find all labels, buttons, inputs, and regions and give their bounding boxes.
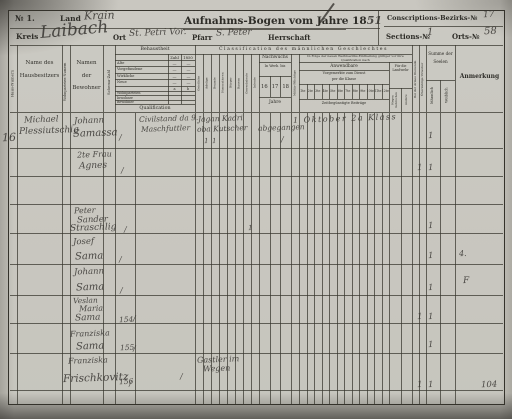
handwritten-classification-note: Jagan Kadri — [198, 113, 243, 124]
tally-mark: 1 — [428, 312, 434, 322]
grid-line — [10, 176, 503, 177]
grid-line — [322, 113, 323, 404]
grid-line — [195, 45, 196, 112]
grid-line — [455, 113, 456, 404]
handwritten-sections-no: 1 — [427, 27, 434, 38]
grid-line — [235, 54, 236, 112]
handwritten-resident-name: 2te Frau — [77, 149, 112, 159]
grid-line — [412, 45, 413, 112]
unanwendbare-column-label: Honoratioren — [219, 54, 227, 112]
check-mark: ∕ — [119, 255, 122, 264]
tally-mark: 1 — [428, 283, 434, 293]
handwritten-resident-name: Josef — [73, 237, 94, 248]
grid-line — [251, 54, 252, 112]
grid-line — [440, 113, 441, 404]
tally-mark: 1 — [212, 137, 217, 145]
grid-line — [115, 54, 195, 55]
handwritten-classification-note: oba Kutscher — [197, 123, 248, 134]
grid-line — [367, 113, 368, 404]
grid-line — [270, 113, 271, 404]
grid-line — [115, 91, 195, 92]
klasse-column-label: 11te — [374, 84, 382, 100]
grid-line — [10, 204, 503, 205]
col-header-bewohner: Namen der Bewohner — [71, 57, 102, 95]
summe-maennlich-column: Männlich — [426, 81, 440, 110]
grid-line — [115, 95, 195, 96]
grid-line — [314, 113, 315, 404]
behausung-title: Behaustheit — [115, 47, 195, 52]
behausung-dash: — — [183, 74, 194, 79]
grid-line — [426, 113, 427, 404]
grid-line — [426, 45, 427, 112]
grid-line — [103, 45, 104, 112]
grid-line — [419, 45, 420, 112]
klasse-column-label: 1te — [299, 84, 307, 100]
behausung-dash: — — [169, 80, 180, 85]
behausung-row-label: Wirkliche — [117, 74, 134, 78]
behausung-row-label: Vorgefundene — [117, 67, 142, 71]
handwritten-resident-name: Sama — [76, 282, 105, 294]
form-title: Aufnahms-Bogen vom Jahre 1851 — [184, 14, 382, 27]
grid-line — [70, 113, 71, 404]
unanwendbare-column-label: Beamte — [211, 54, 219, 112]
behausung-row-label: Alte — [117, 61, 124, 65]
check-mark: ∕ — [119, 133, 122, 142]
anwendbare-footer: Zeitbegünstigte Beiträge — [299, 101, 389, 106]
tally-mark: 1 — [428, 380, 434, 390]
grid-line — [10, 45, 503, 47]
grid-line — [227, 54, 228, 112]
sections-label: Sections-№ — [386, 32, 430, 41]
handwritten-resident-name: Johann — [74, 266, 104, 277]
grid-line — [115, 104, 195, 105]
grid-line — [10, 353, 503, 354]
grid-line — [70, 45, 71, 112]
handwritten-owner-name: Michael — [24, 114, 59, 125]
nachwuchs-year-cell: 17 — [270, 76, 281, 97]
grid-line — [115, 60, 195, 61]
klasse-column-label: 12te — [382, 84, 390, 100]
behausung-dash: — — [183, 67, 194, 72]
grid-line — [389, 113, 390, 404]
conscription-district-label: Conscriptions-Bezirks-№ — [387, 14, 477, 22]
grid-line — [337, 84, 338, 100]
nachwuchs-year-cell: 16 — [259, 76, 270, 97]
tally-mark: 1 — [428, 163, 434, 173]
tally-mark: 1 — [204, 137, 209, 145]
grid-line — [322, 84, 323, 100]
qualification-label: Qualification — [115, 106, 195, 111]
grid-line — [291, 54, 292, 112]
check-mark: ∕ — [121, 166, 124, 175]
handwritten-remark: 104 — [481, 380, 498, 391]
tally-mark: 1 — [428, 251, 434, 261]
nachwuchs-jahre: Jahre — [259, 100, 291, 105]
grid-line — [168, 54, 169, 87]
grid-line — [181, 54, 182, 87]
grid-line — [10, 295, 503, 296]
herrschaft-label: Herrschaft — [268, 33, 311, 42]
col-header-house-number: Haus-Numern — [8, 58, 17, 108]
handwritten-remark: F — [463, 276, 470, 286]
pfarr-label: Pfarr — [192, 33, 212, 42]
grid-line — [235, 113, 236, 404]
handwritten-resident-name: Johann — [74, 115, 104, 126]
nachwuchs-year-cell: 18 — [280, 76, 291, 97]
klasse-column-label: 6te — [337, 84, 345, 100]
grid-line — [10, 112, 503, 114]
grid-line — [374, 113, 375, 404]
grid-line — [329, 84, 330, 100]
col-header-owner: Name des Hausbesitzers — [18, 57, 61, 82]
grid-line — [419, 113, 420, 404]
handwritten-year: 51 — [367, 14, 382, 27]
unanwendbare-column-label: Geistliche — [195, 54, 203, 112]
handwritten-house-number: 16 — [2, 131, 16, 144]
grid-line — [384, 26, 503, 27]
grid-line — [270, 76, 271, 97]
grid-line — [62, 113, 63, 404]
grid-line — [374, 84, 375, 100]
tally-mark: 1 — [428, 340, 434, 350]
grid-line — [344, 113, 345, 404]
grid-line — [183, 29, 346, 30]
grid-line — [299, 99, 389, 100]
grid-line — [314, 84, 315, 100]
grid-line — [10, 390, 503, 391]
behausung-dash: — — [183, 61, 194, 66]
unanwendbare-column-label: Bauern — [235, 54, 243, 112]
anwendbare-title: Anwendbare — [299, 64, 389, 69]
check-mark: ∕ — [281, 135, 284, 144]
handwritten-ort: St. Petri Vor. — [129, 27, 187, 39]
klasse-column-label: 4te — [322, 84, 330, 100]
behausung-dash: — — [169, 74, 180, 79]
grid-line — [251, 113, 252, 404]
unanwendbare-column-label: Bürger — [227, 54, 235, 112]
grid-line — [307, 84, 308, 100]
grid-line — [344, 84, 345, 100]
tally-mark: 1 — [428, 221, 434, 231]
kreis-label: Kreis — [16, 32, 38, 41]
grid-line — [115, 86, 195, 87]
check-mark: ∕ — [129, 379, 132, 388]
grid-line — [259, 97, 291, 98]
unanwendbare-column-label: Gewerbsleute — [243, 54, 251, 112]
summe-title: Summe der Seelen — [426, 50, 455, 66]
landwehr-title: Für die Landwehr — [389, 64, 412, 74]
behausung-row-label: Neue — [117, 80, 127, 84]
grid-line — [115, 79, 195, 80]
landwehr-column-label: Wegen Gebrechen — [389, 88, 401, 112]
grid-line — [62, 45, 63, 112]
klasse-column-label: 7te — [344, 84, 352, 100]
grid-line — [280, 113, 281, 404]
grid-line — [10, 323, 503, 324]
nachwuchs-sub: In Werb. bis — [259, 64, 291, 69]
klasse-column-label: 3te — [314, 84, 322, 100]
handwritten-resident-name: Franziska — [68, 355, 108, 365]
handwritten-resident-name: Sama — [75, 313, 101, 324]
grid-line — [259, 76, 291, 77]
col-header-schema: Schema-Zahl — [103, 56, 115, 108]
unanwendbare-column-label: Adelige — [203, 54, 211, 112]
grid-line — [367, 84, 368, 100]
grid-line — [440, 80, 441, 112]
klasse-column-label: 8te — [352, 84, 360, 100]
handwritten-resident-name: Franziska — [70, 328, 110, 338]
grid-line — [10, 233, 503, 234]
grid-line — [10, 264, 503, 265]
anmerkung-label: Anmerkung — [455, 73, 504, 80]
grid-line — [455, 45, 456, 112]
grid-line — [211, 54, 212, 112]
unanwendbare-column-label: Inleute — [251, 54, 259, 112]
grid-line — [401, 113, 402, 404]
behausung-dash: — — [183, 80, 194, 85]
grid-line — [401, 88, 402, 112]
grid-line — [412, 113, 413, 404]
grid-line — [219, 113, 220, 404]
grid-line — [352, 84, 353, 100]
grid-line — [291, 113, 292, 404]
handwritten-resident-name: Peter — [74, 206, 96, 216]
grid-line — [259, 62, 291, 63]
census-form-scan: № 1. Land Krain Aufnahms-Bogen vom Jahre… — [0, 0, 512, 419]
handwritten-orts-no: 58 — [484, 26, 497, 37]
orts-label: Orts-№ — [452, 32, 479, 41]
armee-dienende-column: Bei der Armee Dienende — [412, 48, 419, 110]
grid-line — [243, 113, 244, 404]
grid-line — [17, 113, 18, 404]
klasse-column-label: 10te — [367, 84, 375, 100]
behausung-dash: — — [169, 61, 180, 66]
grid-line — [203, 54, 204, 112]
tally-mark: 1 — [428, 131, 434, 141]
grid-line — [227, 113, 228, 404]
handwritten-remark: 4. — [459, 249, 467, 258]
grid-line — [382, 84, 383, 100]
grid-line — [135, 113, 136, 404]
urlauber-column: Überzählige Urlauber — [419, 48, 426, 110]
summe-weiblich-column: Weiblich — [440, 81, 455, 110]
handwritten-resident-name: Sama — [76, 341, 105, 353]
grid-line — [219, 54, 220, 112]
grid-line — [10, 148, 503, 149]
grid-line — [259, 54, 260, 112]
grid-line — [243, 54, 244, 112]
grid-line — [115, 100, 195, 101]
grid-line — [195, 113, 196, 404]
handwritten-resident-name: Sama — [75, 251, 104, 263]
grid-line — [259, 113, 260, 404]
grid-line — [115, 113, 116, 404]
grid-line — [307, 113, 308, 404]
form-title-text: Aufnahms-Bogen vom Jahre 18 — [184, 15, 367, 27]
grid-line — [299, 113, 300, 404]
check-mark: ∕ — [180, 372, 183, 381]
per-klasse-label: per die Klasse — [299, 77, 389, 81]
grid-line — [352, 113, 353, 404]
klasse-column-label: 5te — [329, 84, 337, 100]
grid-line — [329, 113, 330, 404]
classification-title: Classification des männlichen Geschlecht… — [195, 47, 412, 52]
grid-line — [203, 113, 204, 404]
militaer-pflichtige-column: Militär-Pflichtige — [291, 56, 299, 110]
landwehr-column-label: Andere — [401, 88, 413, 112]
grid-line — [359, 84, 360, 100]
grid-line — [17, 45, 18, 112]
behausung-dash: — — [169, 67, 180, 72]
col-header-partei: Wohnparteien-Numern — [62, 56, 70, 108]
handwritten-conscription-no: 17 — [483, 10, 495, 20]
grid-line — [115, 66, 195, 67]
vorgemerkte-label: Vorgemerkte zum Dienst — [299, 71, 389, 75]
grid-line — [382, 113, 383, 404]
grid-line — [359, 113, 360, 404]
klasse-column-label: 9te — [359, 84, 367, 100]
grid-line — [280, 76, 281, 97]
grid-line — [299, 62, 412, 63]
handwritten-qualification: Maschfuttler — [141, 123, 190, 134]
grid-line — [299, 70, 389, 71]
grid-line — [115, 73, 195, 74]
grid-line — [103, 113, 104, 404]
nachwuchs-title: Nachwuchs — [259, 55, 291, 60]
klasse-column-label: 2te — [307, 84, 315, 100]
handwritten-resident-name: Samassa — [73, 127, 118, 140]
grid-line — [389, 62, 390, 112]
grid-line — [337, 113, 338, 404]
check-mark: ∕ — [120, 286, 123, 295]
grid-line — [211, 113, 212, 404]
nachwuchs-years: 161718 — [259, 76, 291, 97]
ort-label: Ort — [113, 33, 126, 42]
form-number: № 1. — [15, 13, 35, 23]
